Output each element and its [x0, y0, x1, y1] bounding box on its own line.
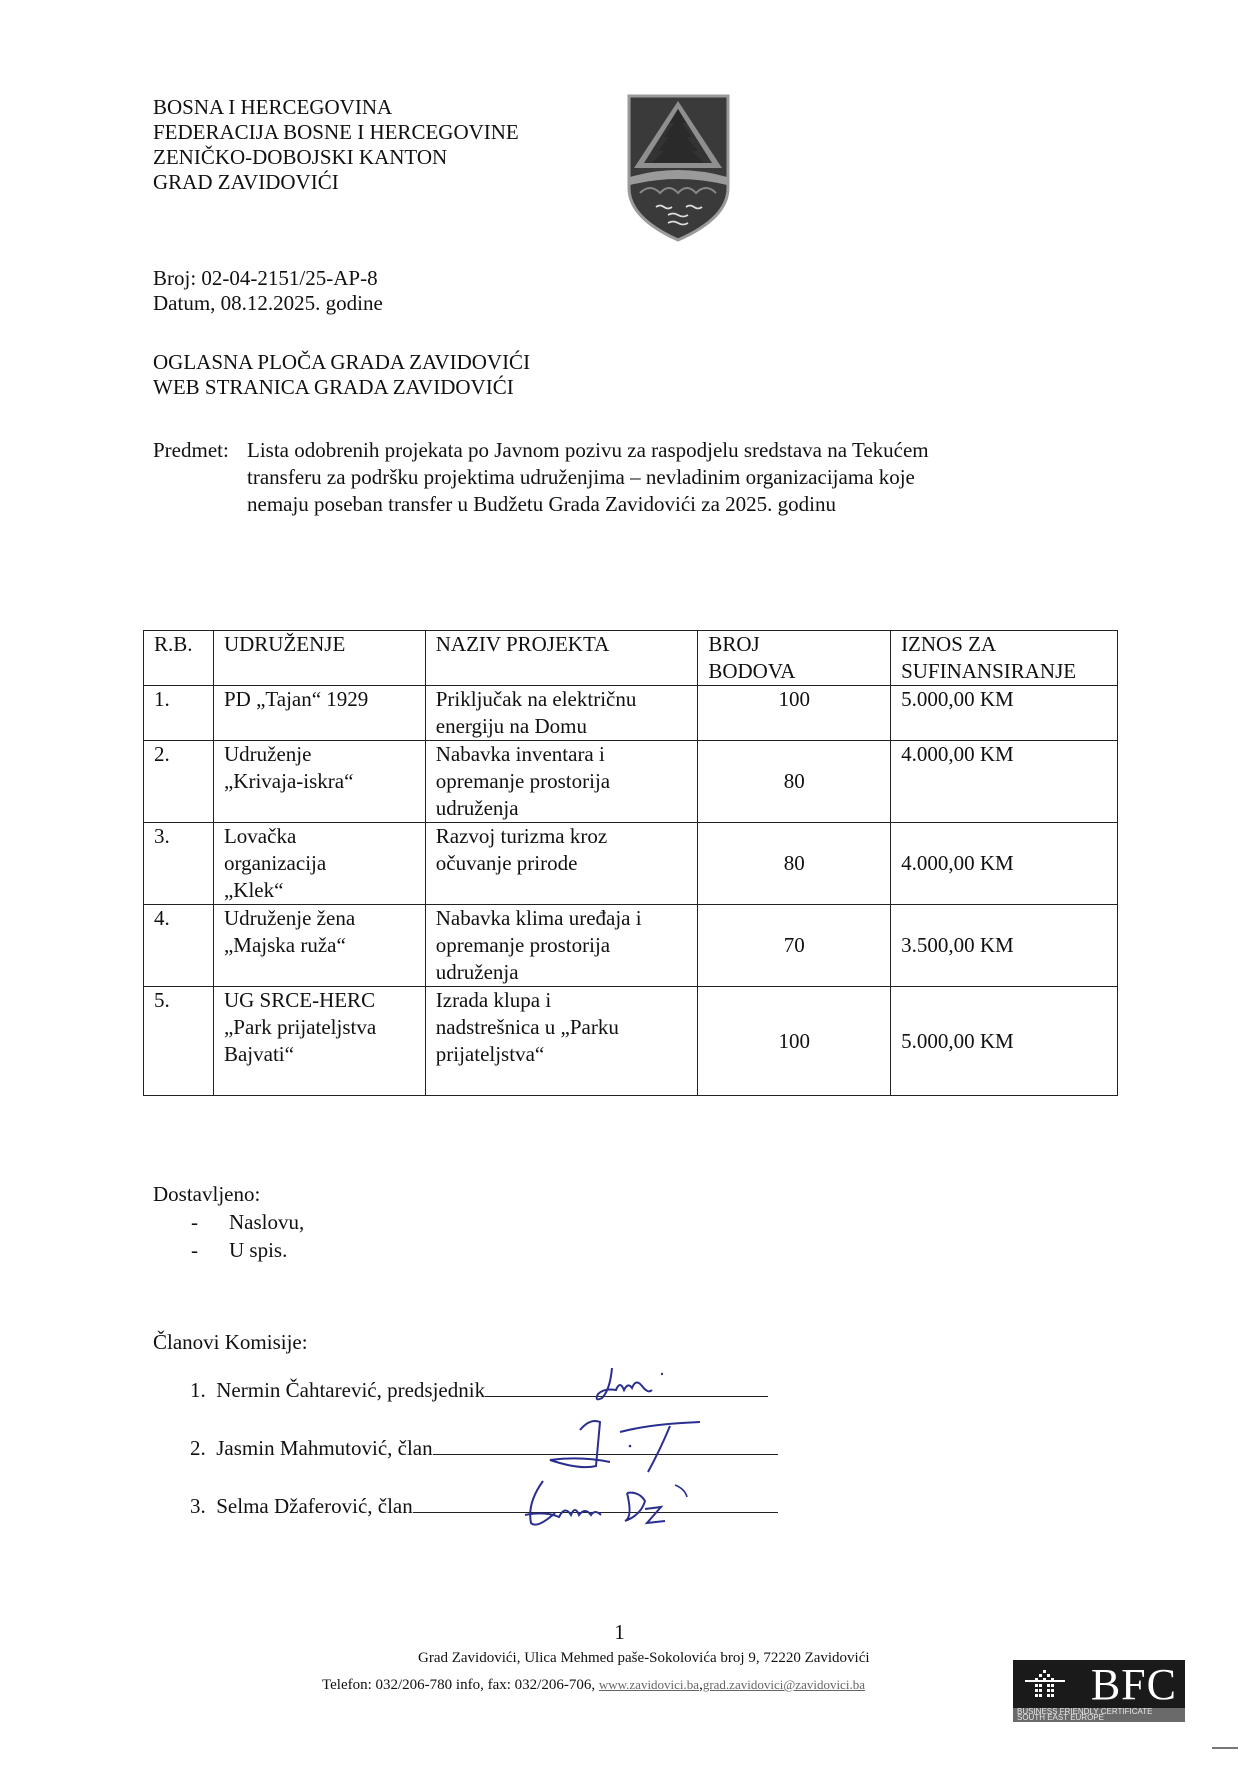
cell-project: Nabavka inventara iopremanje prostorijau… — [425, 741, 698, 823]
cell-amount: 4.000,00 KM — [891, 741, 1118, 823]
cell-association: PD „Tajan“ 1929 — [213, 686, 425, 741]
cell-rb: 5. — [144, 987, 214, 1096]
table-row: 5. UG SRCE-HERC„Park prijateljstvaBajvat… — [144, 987, 1118, 1096]
column-header-project: NAZIV PROJEKTA — [425, 631, 698, 686]
notice-board: OGLASNA PLOČA GRADA ZAVIDOVIĆI — [153, 350, 530, 375]
cell-rb: 2. — [144, 741, 214, 823]
cell-association: Udruženje žena„Majska ruža“ — [213, 905, 425, 987]
email-link[interactable]: grad.zavidovici@zavidovici.ba — [703, 1677, 865, 1692]
cell-association: UG SRCE-HERC„Park prijateljstvaBajvati“ — [213, 987, 425, 1096]
column-header-association: UDRUŽENJE — [213, 631, 425, 686]
website-link[interactable]: www.zavidovici.ba — [599, 1677, 699, 1692]
document-reference: Broj: 02-04-2151/25-AP-8 Datum, 08.12.20… — [153, 266, 383, 316]
delivered-item: -Naslovu, — [153, 1208, 304, 1236]
table-row: 2. Udruženje„Krivaja-iskra“ Nabavka inve… — [144, 741, 1118, 823]
subject-line: transferu za podršku projektima udruženj… — [247, 464, 1087, 491]
bfc-logo-icon — [1023, 1668, 1067, 1700]
cell-rb: 3. — [144, 823, 214, 905]
column-header-rb: R.B. — [144, 631, 214, 686]
scan-edge-mark — [1212, 1747, 1238, 1749]
delivered-to: Dostavljeno: -Naslovu, -U spis. — [153, 1180, 304, 1264]
member-name: Nermin Čahtarević, predsjednik — [216, 1378, 485, 1402]
cell-points: 100 — [698, 987, 891, 1096]
header-line-country: BOSNA I HERCEGOVINA — [153, 95, 519, 120]
bfc-title: BFC — [1091, 1659, 1177, 1710]
member-name: Jasmin Mahmutović, član — [216, 1436, 432, 1460]
delivered-title: Dostavljeno: — [153, 1180, 304, 1208]
delivered-item: -U spis. — [153, 1236, 304, 1264]
signature-icon — [520, 1410, 720, 1480]
cell-project: Nabavka klima uređaja iopremanje prostor… — [425, 905, 698, 987]
header-line-city: GRAD ZAVIDOVIĆI — [153, 170, 519, 195]
footer-address: Grad Zavidovići, Ulica Mehmed paše-Sokol… — [418, 1650, 870, 1667]
cell-points: 70 — [698, 905, 891, 987]
header-line-canton: ZENIČKO-DOBOJSKI KANTON — [153, 145, 519, 170]
cell-points: 100 — [698, 686, 891, 741]
cell-project: Izrada klupa inadstrešnica u „Parkuprija… — [425, 987, 698, 1096]
member-name: Selma Džaferović, član — [216, 1494, 413, 1518]
table-row: 1. PD „Tajan“ 1929 Priključak na elektri… — [144, 686, 1118, 741]
web-page: WEB STRANICA GRADA ZAVIDOVIĆI — [153, 375, 530, 400]
cell-amount: 5.000,00 KM — [891, 686, 1118, 741]
subject-line: nemaju poseban transfer u Budžetu Grada … — [247, 491, 1087, 518]
contact-phone-fax: Telefon: 032/206-780 info, fax: 032/206-… — [322, 1677, 599, 1693]
column-header-points: BROJBODOVA — [698, 631, 891, 686]
approved-projects-table: R.B. UDRUŽENJE NAZIV PROJEKTA BROJBODOVA… — [143, 630, 1118, 1096]
bfc-subtitle: BUSINESS FRIENDLY CERTIFICATE SOUTH EAST… — [1013, 1708, 1185, 1722]
table-row: 3. Lovačkaorganizacija„Klek“ Razvoj turi… — [144, 823, 1118, 905]
cell-amount: 4.000,00 KM — [891, 823, 1118, 905]
table-header-row: R.B. UDRUŽENJE NAZIV PROJEKTA BROJBODOVA… — [144, 631, 1118, 686]
footer-contact: Telefon: 032/206-780 info, fax: 032/206-… — [322, 1677, 865, 1694]
header-line-federation: FEDERACIJA BOSNE I HERCEGOVINE — [153, 120, 519, 145]
cell-association: Lovačkaorganizacija„Klek“ — [213, 823, 425, 905]
cell-project: Razvoj turizma krozočuvanje prirode — [425, 823, 698, 905]
issuer-header: BOSNA I HERCEGOVINA FEDERACIJA BOSNE I H… — [153, 95, 519, 195]
cell-rb: 1. — [144, 686, 214, 741]
cell-rb: 4. — [144, 905, 214, 987]
commission-title: Članovi Komisije: — [153, 1330, 308, 1355]
cell-amount: 3.500,00 KM — [891, 905, 1118, 987]
cell-points: 80 — [698, 741, 891, 823]
reference-date: Datum, 08.12.2025. godine — [153, 291, 383, 316]
signature-icon — [590, 1360, 690, 1410]
cell-association: Udruženje„Krivaja-iskra“ — [213, 741, 425, 823]
page-number: 1 — [0, 1620, 1239, 1645]
table-row: 4. Udruženje žena„Majska ruža“ Nabavka k… — [144, 905, 1118, 987]
subject-label: Predmet: — [153, 437, 229, 464]
subject-line: Lista odobrenih projekata po Javnom pozi… — [247, 437, 1087, 464]
cell-project: Priključak na električnuenergiju na Domu — [425, 686, 698, 741]
column-header-amount: IZNOS ZASUFINANSIRANJE — [891, 631, 1118, 686]
bfc-certificate-badge: BFC BUSINESS FRIENDLY CERTIFICATE SOUTH … — [1013, 1660, 1185, 1720]
coat-of-arms-icon — [626, 93, 731, 243]
cell-amount: 5.000,00 KM — [891, 987, 1118, 1096]
cell-points: 80 — [698, 823, 891, 905]
subject-text: Lista odobrenih projekata po Javnom pozi… — [247, 437, 1087, 518]
publication-targets: OGLASNA PLOČA GRADA ZAVIDOVIĆI WEB STRAN… — [153, 350, 530, 400]
signature-icon — [515, 1475, 715, 1535]
reference-number: Broj: 02-04-2151/25-AP-8 — [153, 266, 383, 291]
